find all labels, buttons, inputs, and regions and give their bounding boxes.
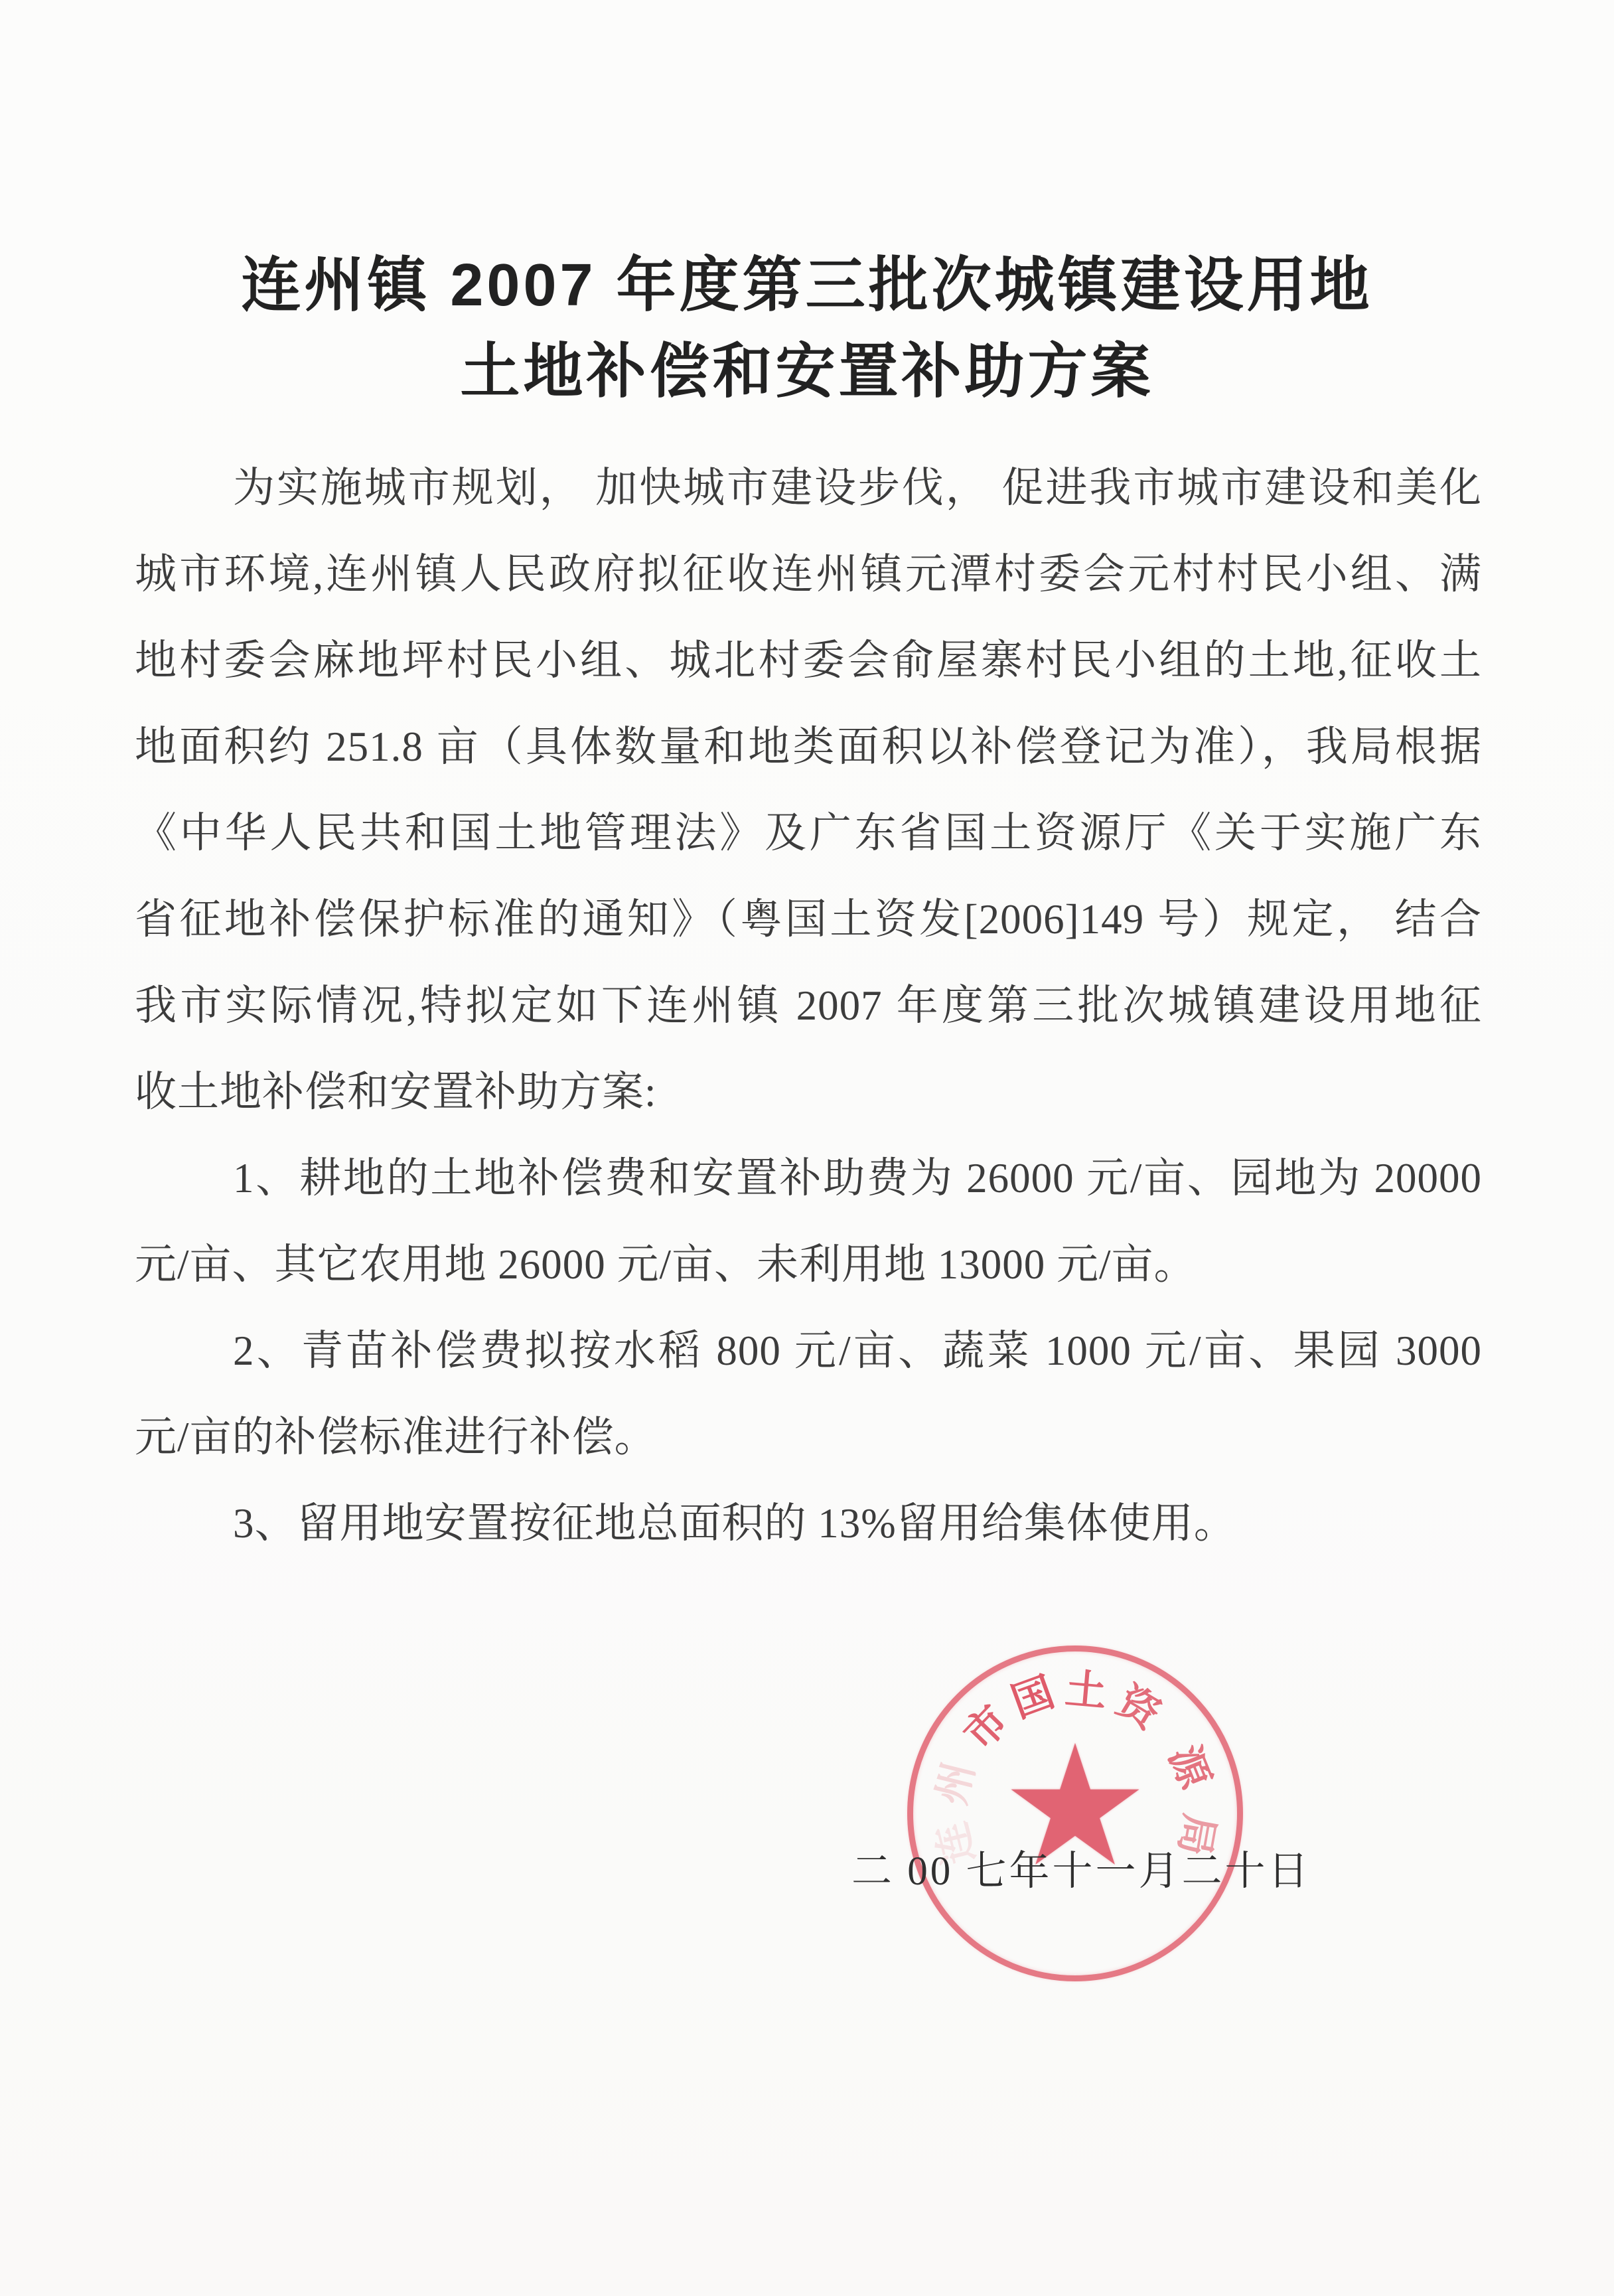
- body-line: 3、留用地安置按征地总面积的 13%留用给集体使用。: [135, 1480, 1482, 1567]
- body-line: 元/亩、其它农用地 26000 元/亩、未利用地 13000 元/亩。: [135, 1221, 1482, 1308]
- body-line: 为实施城市规划， 加快城市建设步伐， 促进我市城市建设和美化: [135, 445, 1482, 531]
- body-line: 2、青苗补偿费拟按水稻 800 元/亩、蔬菜 1000 元/亩、果园 3000: [135, 1308, 1482, 1394]
- body-line: 地村委会麻地坪村民小组、城北村委会俞屋寨村民小组的土地,征收土: [135, 617, 1482, 704]
- body-line: 地面积约 251.8 亩（具体数量和地类面积以补偿登记为准），我局根据: [135, 704, 1482, 790]
- body-line: 城市环境,连州镇人民政府拟征收连州镇元潭村委会元村村民小组、满: [135, 531, 1482, 617]
- body-line: 我市实际情况,特拟定如下连州镇 2007 年度第三批次城镇建设用地征: [135, 962, 1482, 1049]
- page-title-line-1: 连州镇 2007 年度第三批次城镇建设用地: [0, 236, 1614, 323]
- body-line: 元/亩的补偿标准进行补偿。: [135, 1394, 1482, 1480]
- document-page: 连州镇 2007 年度第三批次城镇建设用地 土地补偿和安置补助方案 为实施城市规…: [0, 0, 1614, 2296]
- issue-date: 二 00 七年十一月二十日: [851, 1839, 1311, 1896]
- body-line: 《中华人民共和国土地管理法》及广东省国土资源厅《关于实施广东: [135, 790, 1482, 876]
- body-line: 1、耕地的土地补偿费和安置补助费为 26000 元/亩、园地为 20000: [135, 1135, 1482, 1221]
- document-body: 为实施城市规划， 加快城市建设步伐， 促进我市城市建设和美化城市环境,连州镇人民…: [135, 445, 1482, 1567]
- page-title-line-2: 土地补偿和安置补助方案: [0, 323, 1614, 409]
- official-seal: ★ 连州市国土资源局: [907, 1645, 1243, 1981]
- seal-arc-char: 土: [1061, 1661, 1112, 1713]
- body-line: 省征地补偿保护标准的通知》（粤国土资发[2006]149 号）规定， 结合: [135, 876, 1482, 962]
- body-line: 收土地补偿和安置补助方案:: [135, 1049, 1482, 1135]
